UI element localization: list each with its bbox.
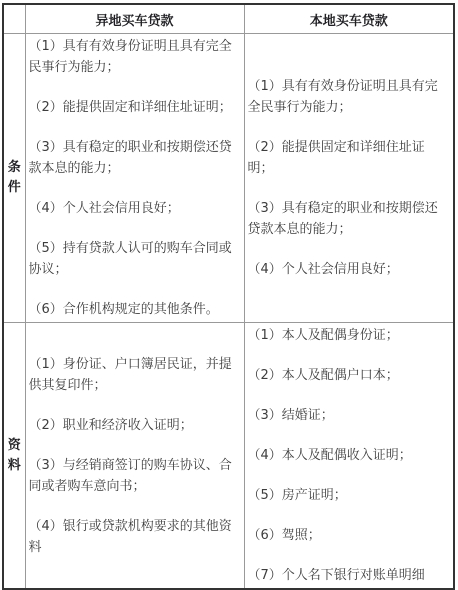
- car-loan-comparison-table: 异地买车贷款 本地买车贷款 条件 （1）具有有效身份证明且具有完全民事行为能力；…: [2, 3, 455, 590]
- column-header-local-loan: 本地买车贷款: [244, 4, 454, 34]
- list-item: （4）个人社会信用良好；: [29, 198, 241, 219]
- table-row-documents: 资料 （1）身份证、户口簿居民证，并提供其复印件； （2）职业和经济收入证明； …: [3, 323, 454, 590]
- list-item: （3）具有稳定的职业和按期偿还贷款本息的能力；: [248, 198, 451, 240]
- table-row-conditions: 条件 （1）具有有效身份证明且具有完全民事行为能力； （2）能提供固定和详细住址…: [3, 34, 454, 323]
- header-row: 异地买车贷款 本地买车贷款: [3, 4, 454, 34]
- list-item: （2）职业和经济收入证明；: [29, 415, 241, 436]
- list-item: （2）能提供固定和详细住址证明；: [29, 97, 241, 118]
- list-item: （3）与经销商签订的购车协议、合同或者购车意向书；: [29, 455, 241, 497]
- list-item: （3）结婚证；: [248, 405, 451, 426]
- list-item: （1）具有有效身份证明且具有完全民事行为能力；: [248, 76, 451, 118]
- list-item: （4）个人社会信用良好；: [248, 259, 451, 280]
- list-item: （4）本人及配偶收入证明；: [248, 445, 451, 466]
- row-label-conditions: 条件: [3, 34, 25, 323]
- cell-remote-conditions: （1）具有有效身份证明且具有完全民事行为能力； （2）能提供固定和详细住址证明；…: [25, 34, 244, 323]
- corner-cell: [3, 4, 25, 34]
- column-header-remote-loan: 异地买车贷款: [25, 4, 244, 34]
- row-label-documents: 资料: [3, 323, 25, 590]
- list-item: （6）合作机构规定的其他条件。: [29, 299, 241, 320]
- list-item: （2）能提供固定和详细住址证明；: [248, 137, 451, 179]
- list-item: （1）身份证、户口簿居民证，并提供其复印件；: [29, 354, 241, 396]
- list-item: （5）房产证明；: [248, 485, 451, 506]
- list-item: （5）持有贷款人认可的购车合同或协议；: [29, 238, 241, 280]
- list-item: （1）具有有效身份证明且具有完全民事行为能力；: [29, 36, 241, 78]
- list-item: （1）本人及配偶身份证；: [248, 325, 451, 346]
- list-item: （2）本人及配偶户口本；: [248, 365, 451, 386]
- cell-remote-documents: （1）身份证、户口簿居民证，并提供其复印件； （2）职业和经济收入证明； （3）…: [25, 323, 244, 590]
- cell-local-documents: （1）本人及配偶身份证； （2）本人及配偶户口本； （3）结婚证； （4）本人及…: [244, 323, 454, 590]
- list-item: （7）个人名下银行对账单明细: [248, 565, 451, 586]
- cell-local-conditions: （1）具有有效身份证明且具有完全民事行为能力； （2）能提供固定和详细住址证明；…: [244, 34, 454, 323]
- list-item: （3）具有稳定的职业和按期偿还贷款本息的能力；: [29, 137, 241, 179]
- list-item: （6）驾照；: [248, 525, 451, 546]
- list-item: （4）银行或贷款机构要求的其他资料: [29, 516, 241, 558]
